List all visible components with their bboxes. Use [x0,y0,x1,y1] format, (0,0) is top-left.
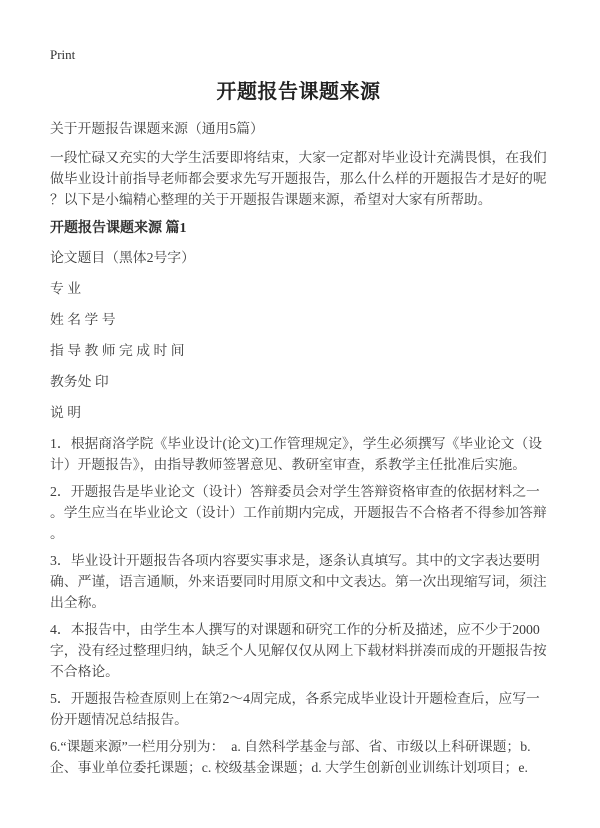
field-label-name-student-id: 姓 名 学 号 [50,309,547,330]
page-title: 开题报告课题来源 [50,80,547,104]
note-paragraph-3: 3．毕业设计开题报告各项内容要实事求是，逐条认真填写。其中的文字表达要明确、严谨… [50,550,547,613]
field-label-advisor-completion-time: 指 导 教 师 完 成 时 间 [50,340,547,361]
article-subtitle: 关于开题报告课题来源（通用5篇） [50,118,547,139]
note-paragraph-1: 1．根据商洛学院《毕业设计(论文)工作管理规定》，学生必须撰写《毕业论文（设计）… [50,433,547,475]
note-paragraph-6: 6.“课题来源”一栏用分别为： a. 自然科学基金与部、省、市级以上科研课题；b… [50,736,547,778]
note-paragraph-2: 2．开题报告是毕业论文（设计）答辩委员会对学生答辩资格审查的依据材料之一。学生应… [50,481,547,544]
field-label-thesis-title: 论文题目（黑体2号字） [50,247,547,268]
intro-paragraph: 一段忙碌又充实的大学生活要即将结束，大家一定都对毕业设计充满畏惧，在我们做毕业设… [50,147,547,210]
field-label-instructions: 说 明 [50,402,547,423]
section-heading-part1: 开题报告课题来源 篇1 [50,218,547,239]
field-label-academic-affairs-seal: 教务处 印 [50,371,547,392]
field-label-major: 专 业 [50,278,547,299]
print-button[interactable]: Print [50,47,75,63]
note-paragraph-5: 5．开题报告检查原则上在第2～4周完成，各系完成毕业设计开题检查后，应写一份开题… [50,688,547,730]
note-paragraph-4: 4．本报告中，由学生本人撰写的对课题和研究工作的分析及描述，应不少于2000字，… [50,619,547,682]
document-page: Print 开题报告课题来源 关于开题报告课题来源（通用5篇） 一段忙碌又充实的… [0,0,600,778]
